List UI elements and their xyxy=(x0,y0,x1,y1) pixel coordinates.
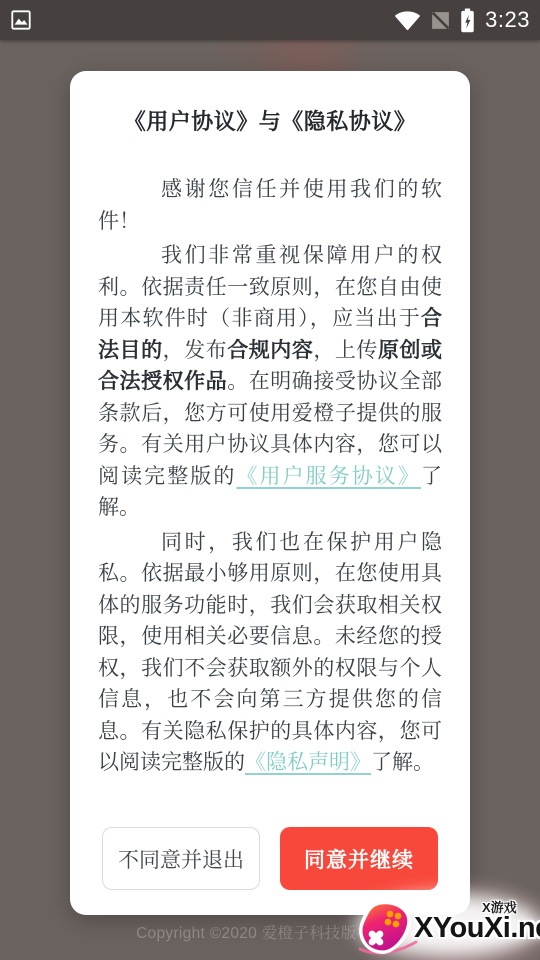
gamepad-icon xyxy=(352,897,418,959)
app-screen: 3:23 《用户协议》与《隐私协议》 感谢您信任并使用我们的软件！ 我们非常重视… xyxy=(0,0,540,960)
agreement-text: 感谢您信任并使用我们的软件！ 我们非常重视保障用户的权利。依据责任一致原则，在您… xyxy=(70,174,470,779)
emphasis-compliant-content: 合规内容 xyxy=(227,339,313,362)
status-bar: 3:23 xyxy=(0,0,540,40)
watermark-site: XYouXi.net xyxy=(414,912,540,945)
agreement-paragraph-1: 感谢您信任并使用我们的软件！ xyxy=(98,174,442,237)
clock: 3:23 xyxy=(485,7,530,33)
no-sim-icon xyxy=(429,9,452,32)
privacy-statement-link[interactable]: 《隐私声明》 xyxy=(245,751,371,774)
watermark: X游戏 XYouXi.net xyxy=(350,894,540,960)
dialog-button-row: 不同意并退出 同意并继续 xyxy=(70,827,470,891)
agreement-dialog: 《用户协议》与《隐私协议》 感谢您信任并使用我们的软件！ 我们非常重视保障用户的… xyxy=(70,71,470,915)
battery-charging-icon xyxy=(460,8,475,33)
accept-button[interactable]: 同意并继续 xyxy=(280,827,438,890)
wifi-icon xyxy=(394,10,421,31)
decline-button[interactable]: 不同意并退出 xyxy=(102,827,260,890)
user-service-agreement-link[interactable]: 《用户服务协议》 xyxy=(236,465,421,488)
image-notification-icon xyxy=(10,9,32,31)
agreement-paragraph-3: 同时，我们也在保护用户隐私。依据最小够用原则，在您使用具体的服务功能时，我们会获… xyxy=(98,527,442,779)
dialog-title: 《用户协议》与《隐私协议》 xyxy=(70,105,470,136)
agreement-paragraph-2: 我们非常重视保障用户的权利。依据责任一致原则，在您自由使用本软件时（非商用），应… xyxy=(98,240,442,524)
